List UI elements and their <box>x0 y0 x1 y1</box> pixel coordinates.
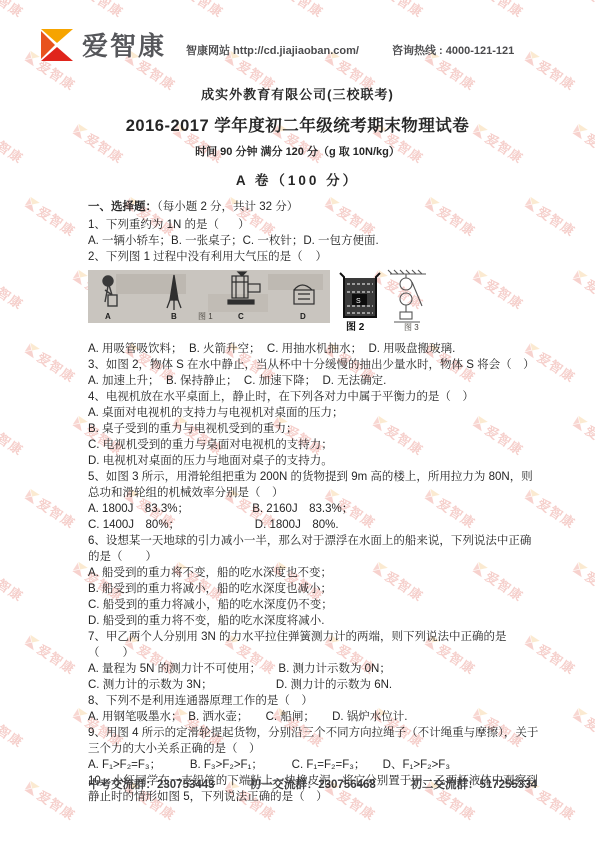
question-5-stem: 5、如图 3 所示，用滑轮组把重为 200N 的货物提到 9m 高的楼上，所用拉… <box>88 469 539 501</box>
question-5-option-line: A. 1800J 83.3%； B. 2160J 83.3%； <box>88 501 539 517</box>
brand-logo-icon <box>40 28 74 62</box>
figure-strip: A B C D 图 1 S 图 2 <box>88 268 433 332</box>
question-1-stem: 1、下列重约为 1N 的是（ ） <box>88 217 539 233</box>
exam-body: 一、选择题：（每小题 2 分，共计 32 分） 1、下列重约为 1N 的是（ ）… <box>88 199 539 805</box>
question-9-stem: 9、用图 4 所示的定滑轮提起货物，分别沿三个不同方向拉绳子（不计绳重与摩擦），… <box>88 725 539 757</box>
footer-group-zhongkao-label: 中考交流群： <box>88 779 157 791</box>
brand-watermark: 爱智康 <box>21 193 79 240</box>
question-4-option-line: A. 桌面对电视机的支持力与电视机对桌面的压力； <box>88 405 539 421</box>
figure3-pulley <box>388 270 426 322</box>
brand-watermark: 爱智康 <box>0 558 28 605</box>
brand-watermark: 爱智康 <box>569 412 595 459</box>
question-6-option-line: D. 船受到的重力将不变，船的吃水深度将减小. <box>88 613 539 629</box>
brand-watermark: 爱智康 <box>21 485 79 532</box>
question-6-stem: 6、设想某一天地球的引力减小一半，那么对于漂浮在水面上的船来说，下列说法中正确的… <box>88 533 539 565</box>
question-7-stem: 7、甲乙两个人分别用 3N 的力水平拉住弹簧测力计的两端，则下列说法中正确的是（… <box>88 629 539 661</box>
hotline-text: 咨询热线 : 4000-121-121 <box>392 42 514 58</box>
panel-c-label: C <box>238 312 244 321</box>
organization-line: 成实外教育有限公司(三校联考) <box>40 84 555 103</box>
figure2-caption: 图 2 <box>346 320 365 332</box>
question-6-option-line: B. 船受到的重力将减小，船的吃水深度也减小； <box>88 581 539 597</box>
question-3-option-line: A. 加速上升； B. 保持静止； C. 加速下降； D. 无法确定. <box>88 373 539 389</box>
exam-title: 2016-2017 学年度初二年级统考期末物理试卷 <box>40 112 555 136</box>
brand-watermark: 爱智康 <box>0 412 28 459</box>
brand-watermark: 爱智康 <box>21 339 79 386</box>
question-4-stem: 4、电视机放在水平桌面上，静止时，在下列各对力中属于平衡力的是（ ） <box>88 389 539 405</box>
panel-b-label: B <box>171 312 177 321</box>
brand-watermark: 爱智康 <box>569 704 595 751</box>
panel-a-label: A <box>105 312 111 321</box>
question-8-option-line: A. 用钢笔吸墨水； B. 洒水壶； C. 船闸； D. 锅炉水位计. <box>88 709 539 725</box>
brand-watermark: 爱智康 <box>0 120 28 167</box>
brand-watermark: 爱智康 <box>569 120 595 167</box>
footer-group-chuer-number: 517255334 <box>479 779 537 791</box>
panel-d-label: D <box>300 312 306 321</box>
question-4-option-line: C. 电视机受到的重力与桌面对电视机的支持力； <box>88 437 539 453</box>
question-5-option-line: C. 1400J 80%； D. 1800J 80%. <box>88 517 539 533</box>
question-2-option-line: A. 用吸管吸饮料； B. 火箭升空； C. 用抽水机抽水； D. 用吸盘搬玻璃… <box>88 341 539 357</box>
brand-watermark: 爱智康 <box>0 704 28 751</box>
brand-watermark: 爱智康 <box>0 266 28 313</box>
question-8-stem: 8、下列不是利用连通器原理工作的是（ ） <box>88 693 539 709</box>
brand-name: 爱智康 <box>82 26 166 63</box>
part-title: 一、选择题： <box>88 201 157 213</box>
figure3-caption: 图 3 <box>404 323 419 332</box>
section-heading: A 卷（100 分） <box>40 169 555 189</box>
part-heading: 一、选择题：（每小题 2 分，共计 32 分） <box>88 199 539 215</box>
site-url-text: 智康网站 http://cd.jiajiaoban.com/ <box>186 42 359 58</box>
footer-group-chuyi: 初一交流群：230756468 <box>249 776 376 792</box>
footer-group-zhongkao: 中考交流群：230753443 <box>88 776 215 792</box>
footer-group-chuyi-label: 初一交流群： <box>249 779 318 791</box>
part-note: （每小题 2 分，共计 32 分） <box>157 201 298 213</box>
title-block: 成实外教育有限公司(三校联考) 2016-2017 学年度初二年级统考期末物理试… <box>40 84 555 189</box>
footer-group-zhongkao-number: 230753443 <box>157 779 215 791</box>
brand-watermark: 爱智康 <box>21 777 79 824</box>
page-header: 爱智康 智康网站 http://cd.jiajiaoban.com/ 咨询热线 … <box>0 0 595 76</box>
exam-paper-page: 爱智康爱智康爱智康爱智康爱智康爱智康爱智康爱智康爱智康爱智康爱智康爱智康爱智康爱… <box>0 0 595 842</box>
brand-watermark: 爱智康 <box>21 631 79 678</box>
question-6-option-line: C. 船受到的重力将减小，船的吃水深度仍不变； <box>88 597 539 613</box>
question-7-option-line: A. 量程为 5N 的测力计不可使用； B. 测力计示数为 0N； <box>88 661 539 677</box>
question-6-option-line: A. 船受到的重力将不变，船的吃水深度也不变； <box>88 565 539 581</box>
question-4-option-line: B. 桌子受到的重力与电视机受到的重力； <box>88 421 539 437</box>
brand-watermark: 爱智康 <box>569 558 595 605</box>
question-list: 1、下列重约为 1N 的是（ ）A. 一辆小轿车；B. 一张桌子；C. 一枚针；… <box>88 217 539 805</box>
question-3-stem: 3、如图 2，物体 S 在水中静止，当从杯中十分缓慢的抽出少量水时，物体 S 将… <box>88 357 539 373</box>
footer-group-chuer-label: 初二交流群： <box>410 779 479 791</box>
question-1-option-line: A. 一辆小轿车；B. 一张桌子；C. 一枚针；D. 一包方便面. <box>88 233 539 249</box>
page-footer: 中考交流群：230753443 初一交流群：230756468 初二交流群：51… <box>88 776 537 792</box>
question-9-option-line: A. F₁>F₂=F₃； B. F₃>F₂>F₁； C. F₁=F₂=F₃； D… <box>88 757 539 773</box>
footer-group-chuer: 初二交流群：517255334 <box>410 776 537 792</box>
brand-watermark: 爱智康 <box>569 266 595 313</box>
figure1-caption: 图 1 <box>198 312 213 321</box>
exam-meta: 时间 90 分钟 满分 120 分（g 取 10N/kg） <box>40 143 555 159</box>
question-7-option-line: C. 测力计的示数为 3N； D. 测力计的示数为 6N. <box>88 677 539 693</box>
question-4-option-line: D. 电视机对桌面的压力与地面对桌子的支持力。 <box>88 453 539 469</box>
beaker-object-label: S <box>356 298 361 305</box>
brand-logo: 爱智康 <box>40 26 166 63</box>
figure2-beaker: S <box>340 273 380 317</box>
question-2-stem: 2、下列图 1 过程中没有利用大气压的是（ ） <box>88 249 539 265</box>
footer-group-chuyi-number: 230756468 <box>318 779 376 791</box>
